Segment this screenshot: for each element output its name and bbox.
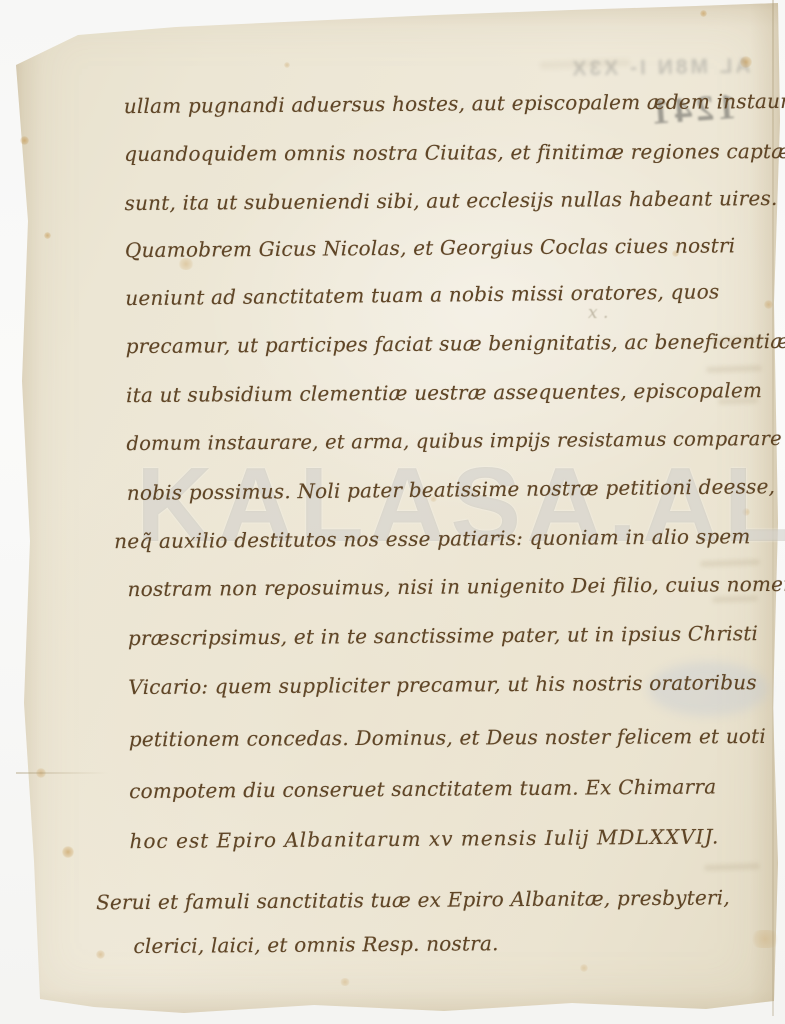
manuscript-line: petitionem concedas. Dominus, et Deus no… [129,724,766,751]
manuscript-line: Vicario: quem suppliciter precamur, ut h… [128,670,757,699]
manuscript-line: clerici, laici, et omnis Resp. nostra. [133,931,498,958]
manuscript-line: hoc est Epiro Albanitarum xv mensis Iuli… [129,824,719,853]
manuscript-line: quandoquidem omnis nostra Ciuitas, et fi… [124,139,785,166]
manuscript-line: domum instaurare, et arma, quibus impijs… [126,427,782,455]
manuscript-line: Serui et famuli sanctitatis tuæ ex Epiro… [96,885,730,914]
manuscript-line: ueniunt ad sanctitatem tuam a nobis miss… [125,279,719,310]
manuscript-line: ullam pugnandi aduersus hostes, aut epis… [124,88,785,118]
manuscript-line: nobis possimus. Noli pater beatissime no… [127,474,776,505]
manuscript-line: Quamobrem Gicus Nicolas, et Georgius Coc… [125,233,736,262]
manuscript-line: ita ut subsidium clementiæ uestræ assequ… [126,378,762,407]
manuscript-line: compotem diu conseruet sanctitatem tuam.… [129,774,716,803]
letter-text-block: ullam pugnandi aduersus hostes, aut epis… [0,0,785,1024]
manuscript-line: precamur, ut participes faciat suæ benig… [126,329,785,358]
manuscript-line: præscripsimus, et in te sanctissime pate… [128,621,758,650]
page-background: { "document": { "kind": "handwritten man… [0,0,785,1024]
manuscript-line: sunt, ita ut subueniendi sibi, aut eccle… [124,186,777,215]
manuscript-line: neq̃ auxilio destitutos nos esse patiari… [114,524,750,553]
manuscript-line: nostram non reposuimus, nisi in unigenit… [128,572,785,601]
